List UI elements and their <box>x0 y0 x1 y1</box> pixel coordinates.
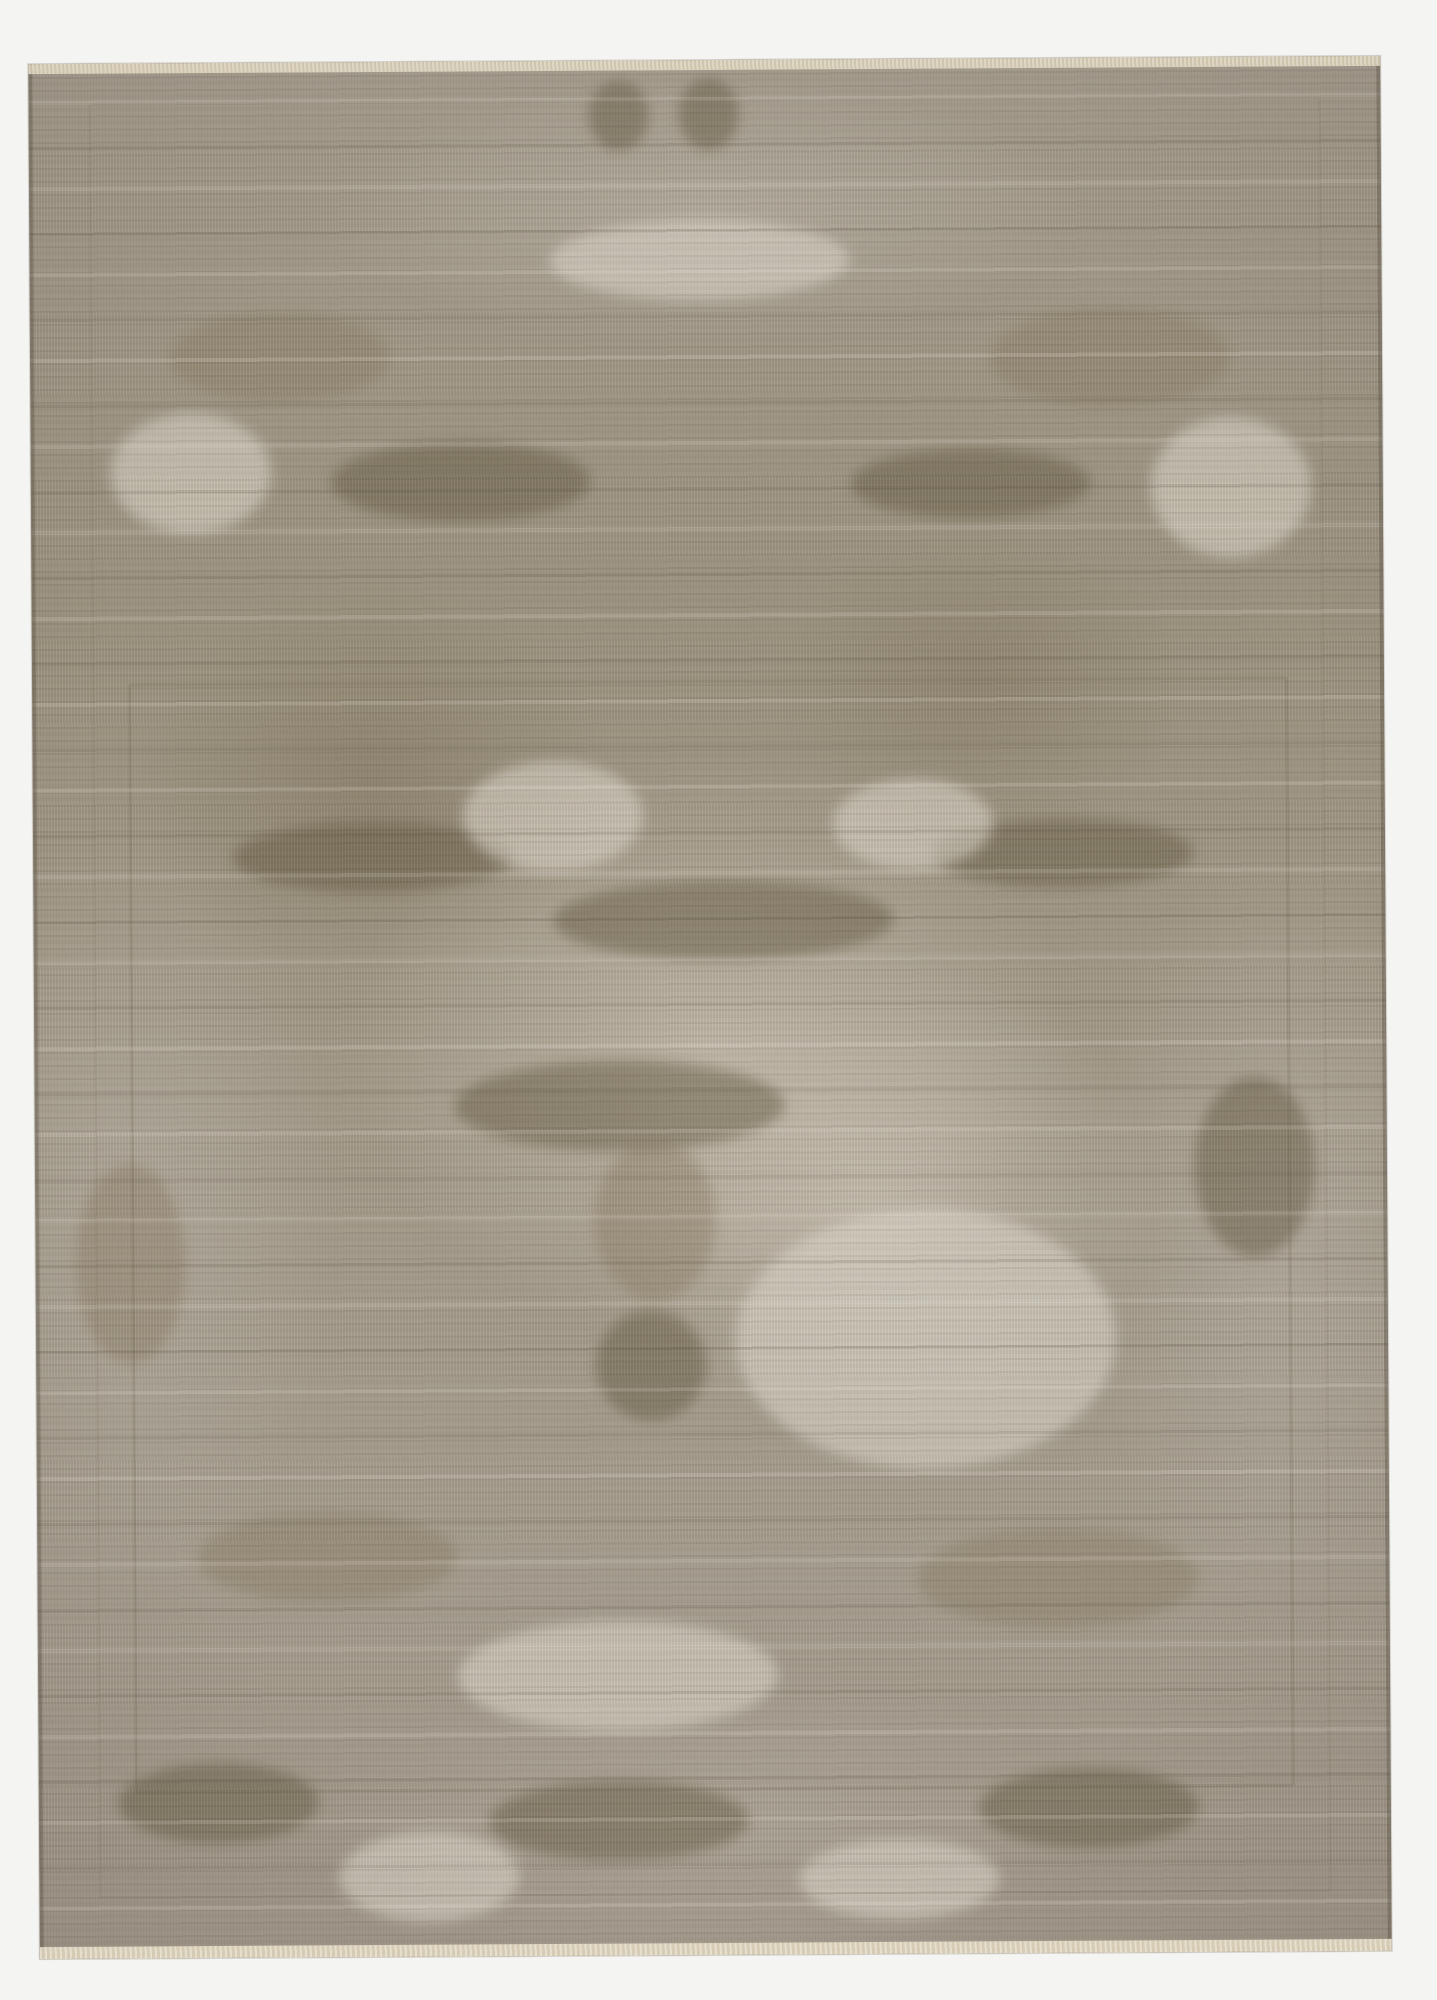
image-description: Distressed vintage overdyed area rug, pr… <box>0 0 1 1</box>
rug-vignette <box>28 56 1392 1959</box>
rug <box>28 56 1392 1959</box>
photo-stage: Distressed vintage overdyed area rug, pr… <box>0 0 1437 2000</box>
